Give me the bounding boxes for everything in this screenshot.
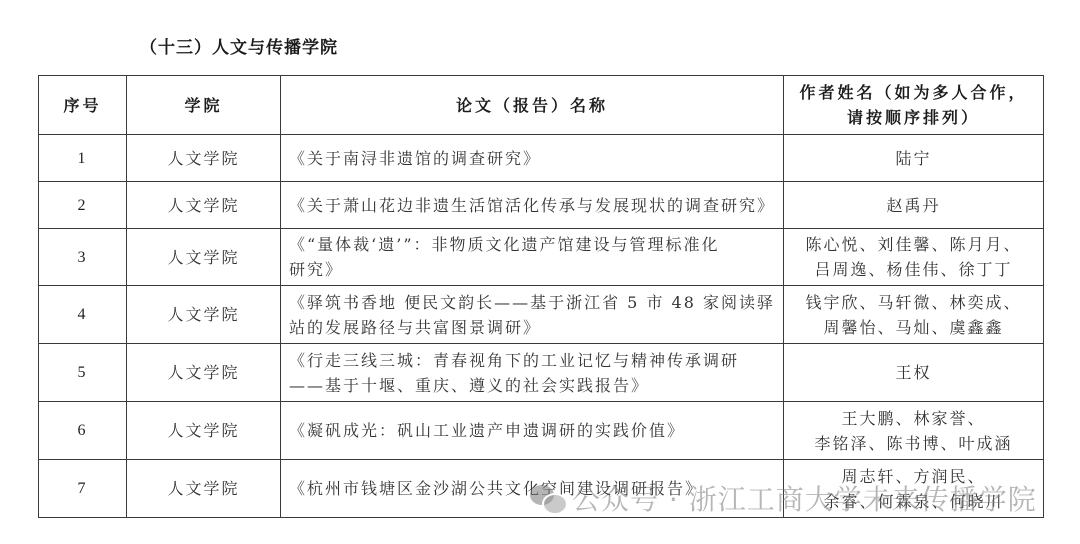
author-line: 余睿、何霖泉、何晓川 xyxy=(792,489,1035,514)
row-index: 2 xyxy=(39,182,127,229)
row-school: 人文学院 xyxy=(127,182,281,229)
row-index: 7 xyxy=(39,460,127,518)
row-school: 人文学院 xyxy=(127,460,281,518)
title-line: 研究》 xyxy=(289,257,775,282)
author-line: 陈心悦、刘佳馨、陈月月、 xyxy=(792,232,1035,257)
row-title: 《关于萧山花边非遗生活馆活化传承与发展现状的调查研究》 xyxy=(281,182,784,229)
papers-table: 序号 学院 论文（报告）名称 作者姓名（如为多人合作， 请按顺序排列） 1 人文… xyxy=(38,75,1044,518)
author-line: 周馨怡、马灿、虞鑫鑫 xyxy=(792,315,1035,340)
title-line: 《“量体裁‘遗’”：非物质文化遗产馆建设与管理标准化 xyxy=(289,232,775,257)
header-authors-line2: 请按顺序排列） xyxy=(792,105,1035,130)
table-row: 7 人文学院 《杭州市钱塘区金沙湖公共文化空间建设调研报告》 周志轩、方润民、 … xyxy=(39,460,1044,518)
author-line: 周志轩、方润民、 xyxy=(792,464,1035,489)
title-line: ——基于十堰、重庆、遵义的社会实践报告》 xyxy=(289,373,775,398)
table-row: 4 人文学院 《驿筑书香地 便民文韵长——基于浙江省 5 市 48 家阅读驿 站… xyxy=(39,286,1044,344)
header-school: 学院 xyxy=(127,76,281,135)
author-line: 陆宁 xyxy=(792,146,1035,171)
title-line: 《行走三线三城：青春视角下的工业记忆与精神传承调研 xyxy=(289,348,775,373)
row-school: 人文学院 xyxy=(127,229,281,286)
row-index: 4 xyxy=(39,286,127,344)
row-authors: 陈心悦、刘佳馨、陈月月、 吕周逸、杨佳伟、徐丁丁 xyxy=(784,229,1044,286)
author-line: 王大鹏、林家誉、 xyxy=(792,406,1035,431)
row-school: 人文学院 xyxy=(127,344,281,402)
author-line: 王权 xyxy=(792,360,1035,385)
row-title: 《凝矾成光：矾山工业遗产申遗调研的实践价值》 xyxy=(281,402,784,460)
table-row: 3 人文学院 《“量体裁‘遗’”：非物质文化遗产馆建设与管理标准化 研究》 陈心… xyxy=(39,229,1044,286)
row-title: 《杭州市钱塘区金沙湖公共文化空间建设调研报告》 xyxy=(281,460,784,518)
table-header-row: 序号 学院 论文（报告）名称 作者姓名（如为多人合作， 请按顺序排列） xyxy=(39,76,1044,135)
header-title: 论文（报告）名称 xyxy=(281,76,784,135)
row-title: 《驿筑书香地 便民文韵长——基于浙江省 5 市 48 家阅读驿 站的发展路径与共… xyxy=(281,286,784,344)
row-index: 5 xyxy=(39,344,127,402)
row-school: 人文学院 xyxy=(127,402,281,460)
title-line: 《关于萧山花边非遗生活馆活化传承与发展现状的调查研究》 xyxy=(289,193,775,218)
author-line: 钱宇欣、马轩微、林奕成、 xyxy=(792,290,1035,315)
row-index: 1 xyxy=(39,135,127,182)
title-line: 《驿筑书香地 便民文韵长——基于浙江省 5 市 48 家阅读驿 xyxy=(289,290,775,315)
table-row: 2 人文学院 《关于萧山花边非遗生活馆活化传承与发展现状的调查研究》 赵禹丹 xyxy=(39,182,1044,229)
row-title: 《行走三线三城：青春视角下的工业记忆与精神传承调研 ——基于十堰、重庆、遵义的社… xyxy=(281,344,784,402)
row-authors: 赵禹丹 xyxy=(784,182,1044,229)
section-title: （十三）人文与传播学院 xyxy=(140,33,338,58)
row-index: 3 xyxy=(39,229,127,286)
author-line: 李铭泽、陈书博、叶成涵 xyxy=(792,431,1035,456)
row-authors: 王大鹏、林家誉、 李铭泽、陈书博、叶成涵 xyxy=(784,402,1044,460)
header-authors-line1: 作者姓名（如为多人合作， xyxy=(792,80,1035,105)
title-line: 《关于南浔非遗馆的调查研究》 xyxy=(289,146,775,171)
row-title: 《关于南浔非遗馆的调查研究》 xyxy=(281,135,784,182)
author-line: 赵禹丹 xyxy=(792,193,1035,218)
table-row: 5 人文学院 《行走三线三城：青春视角下的工业记忆与精神传承调研 ——基于十堰、… xyxy=(39,344,1044,402)
row-authors: 王权 xyxy=(784,344,1044,402)
table-row: 6 人文学院 《凝矾成光：矾山工业遗产申遗调研的实践价值》 王大鹏、林家誉、 李… xyxy=(39,402,1044,460)
header-authors: 作者姓名（如为多人合作， 请按顺序排列） xyxy=(784,76,1044,135)
row-school: 人文学院 xyxy=(127,286,281,344)
table-row: 1 人文学院 《关于南浔非遗馆的调查研究》 陆宁 xyxy=(39,135,1044,182)
row-authors: 陆宁 xyxy=(784,135,1044,182)
author-line: 吕周逸、杨佳伟、徐丁丁 xyxy=(792,257,1035,282)
header-index: 序号 xyxy=(39,76,127,135)
row-authors: 钱宇欣、马轩微、林奕成、 周馨怡、马灿、虞鑫鑫 xyxy=(784,286,1044,344)
row-school: 人文学院 xyxy=(127,135,281,182)
title-line: 《凝矾成光：矾山工业遗产申遗调研的实践价值》 xyxy=(289,418,775,443)
row-title: 《“量体裁‘遗’”：非物质文化遗产馆建设与管理标准化 研究》 xyxy=(281,229,784,286)
title-line: 《杭州市钱塘区金沙湖公共文化空间建设调研报告》 xyxy=(289,476,775,501)
title-line: 站的发展路径与共富图景调研》 xyxy=(289,315,775,340)
row-index: 6 xyxy=(39,402,127,460)
row-authors: 周志轩、方润民、 余睿、何霖泉、何晓川 xyxy=(784,460,1044,518)
